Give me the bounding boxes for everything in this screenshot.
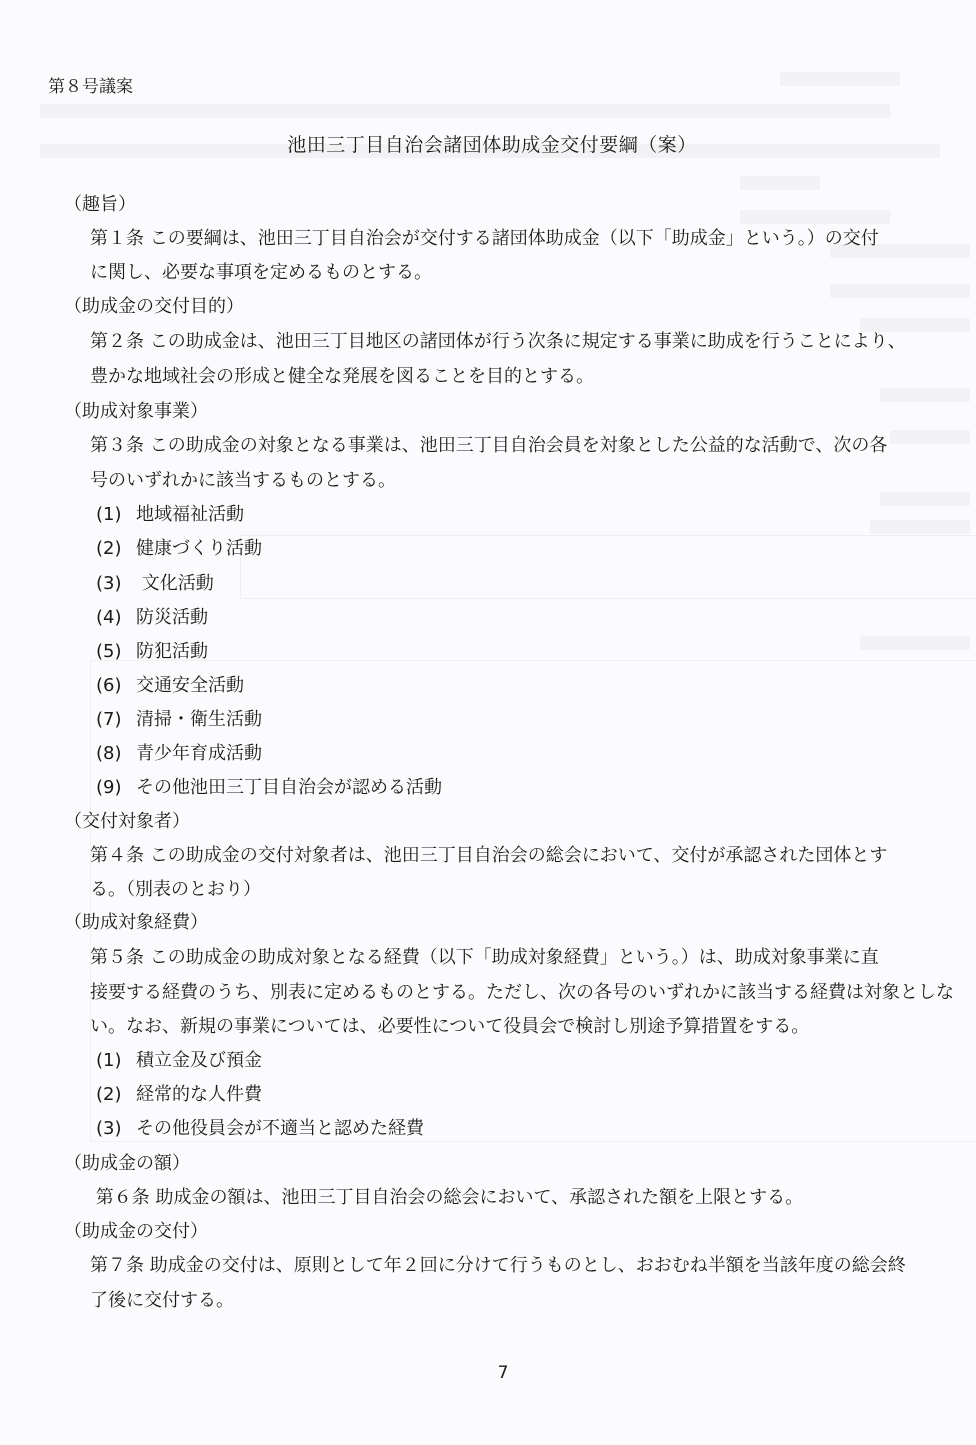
section-heading-disbursement: （助成金の交付） [64, 1217, 208, 1243]
page-number: 7 [0, 1363, 976, 1383]
article-2-line-2: 豊かな地域社会の形成と健全な発展を図ることを目的とする。 [90, 362, 594, 388]
article-7-line-1: 第７条 助成金の交付は、原則として年２回に分けて行うものとし、おおむね半額を当該… [90, 1251, 906, 1277]
article-3-line-1: 第３条 この助成金の対象となる事業は、池田三丁目自治会員を対象とした公益的な活動… [90, 431, 887, 457]
article-5-line-1: 第５条 この助成金の助成対象となる経費（以下「助成対象経費」という。）は、助成対… [90, 943, 879, 969]
article-5-line-2: 接要する経費のうち、別表に定めるものとする。ただし、次の各号のいずれかに該当する… [90, 978, 954, 1004]
list-item: (3) 文化活動 [96, 569, 214, 595]
document-title: 池田三丁目自治会諸団体助成金交付要綱（案） [0, 130, 976, 157]
section-heading-purpose: （趣旨） [64, 190, 136, 216]
list-item: (2)経常的な人件費 [96, 1080, 262, 1106]
list-item: (7)清掃・衛生活動 [96, 705, 262, 731]
article-6-line-1: 第６条 助成金の額は、池田三丁目自治会の総会において、承認された額を上限とする。 [90, 1183, 803, 1209]
article-5-line-3: い。なお、新規の事業については、必要性について役員会で検討し別途予算措置をする。 [90, 1012, 809, 1038]
list-item: (6)交通安全活動 [96, 671, 244, 697]
article-2-line-1: 第２条 この助成金は、池田三丁目地区の諸団体が行う次条に規定する事業に助成を行う… [90, 327, 906, 353]
article-4-line-1: 第４条 この助成金の交付対象者は、池田三丁目自治会の総会において、交付が承認され… [90, 841, 887, 867]
list-item: (4)防災活動 [96, 603, 208, 629]
list-item: (3)その他役員会が不適当と認めた経費 [96, 1114, 424, 1140]
section-heading-amount: （助成金の額） [64, 1149, 190, 1175]
list-item: (2)健康づくり活動 [96, 534, 262, 560]
article-1-line-1: 第１条 この要綱は、池田三丁目自治会が交付する諸団体助成金（以下「助成金」という… [90, 224, 879, 250]
section-heading-recipients: （交付対象者） [64, 807, 190, 833]
section-heading-eligible-expenses: （助成対象経費） [64, 908, 208, 934]
list-item: (1)地域福祉活動 [96, 500, 244, 526]
article-7-line-2: 了後に交付する。 [90, 1286, 234, 1312]
list-item: (1)積立金及び預金 [96, 1046, 262, 1072]
article-4-line-2: る。（別表のとおり） [90, 875, 261, 901]
list-item: (9)その他池田三丁目自治会が認める活動 [96, 773, 442, 799]
agenda-number: 第８号議案 [48, 72, 133, 97]
article-3-line-2: 号のいずれかに該当するものとする。 [90, 466, 396, 492]
list-item: (5)防犯活動 [96, 637, 208, 663]
article-1-line-2: に関し、必要な事項を定めるものとする。 [90, 258, 432, 284]
list-item: (8)青少年育成活動 [96, 739, 262, 765]
section-heading-objective: （助成金の交付目的） [64, 292, 244, 318]
section-heading-eligible-projects: （助成対象事業） [64, 397, 208, 423]
